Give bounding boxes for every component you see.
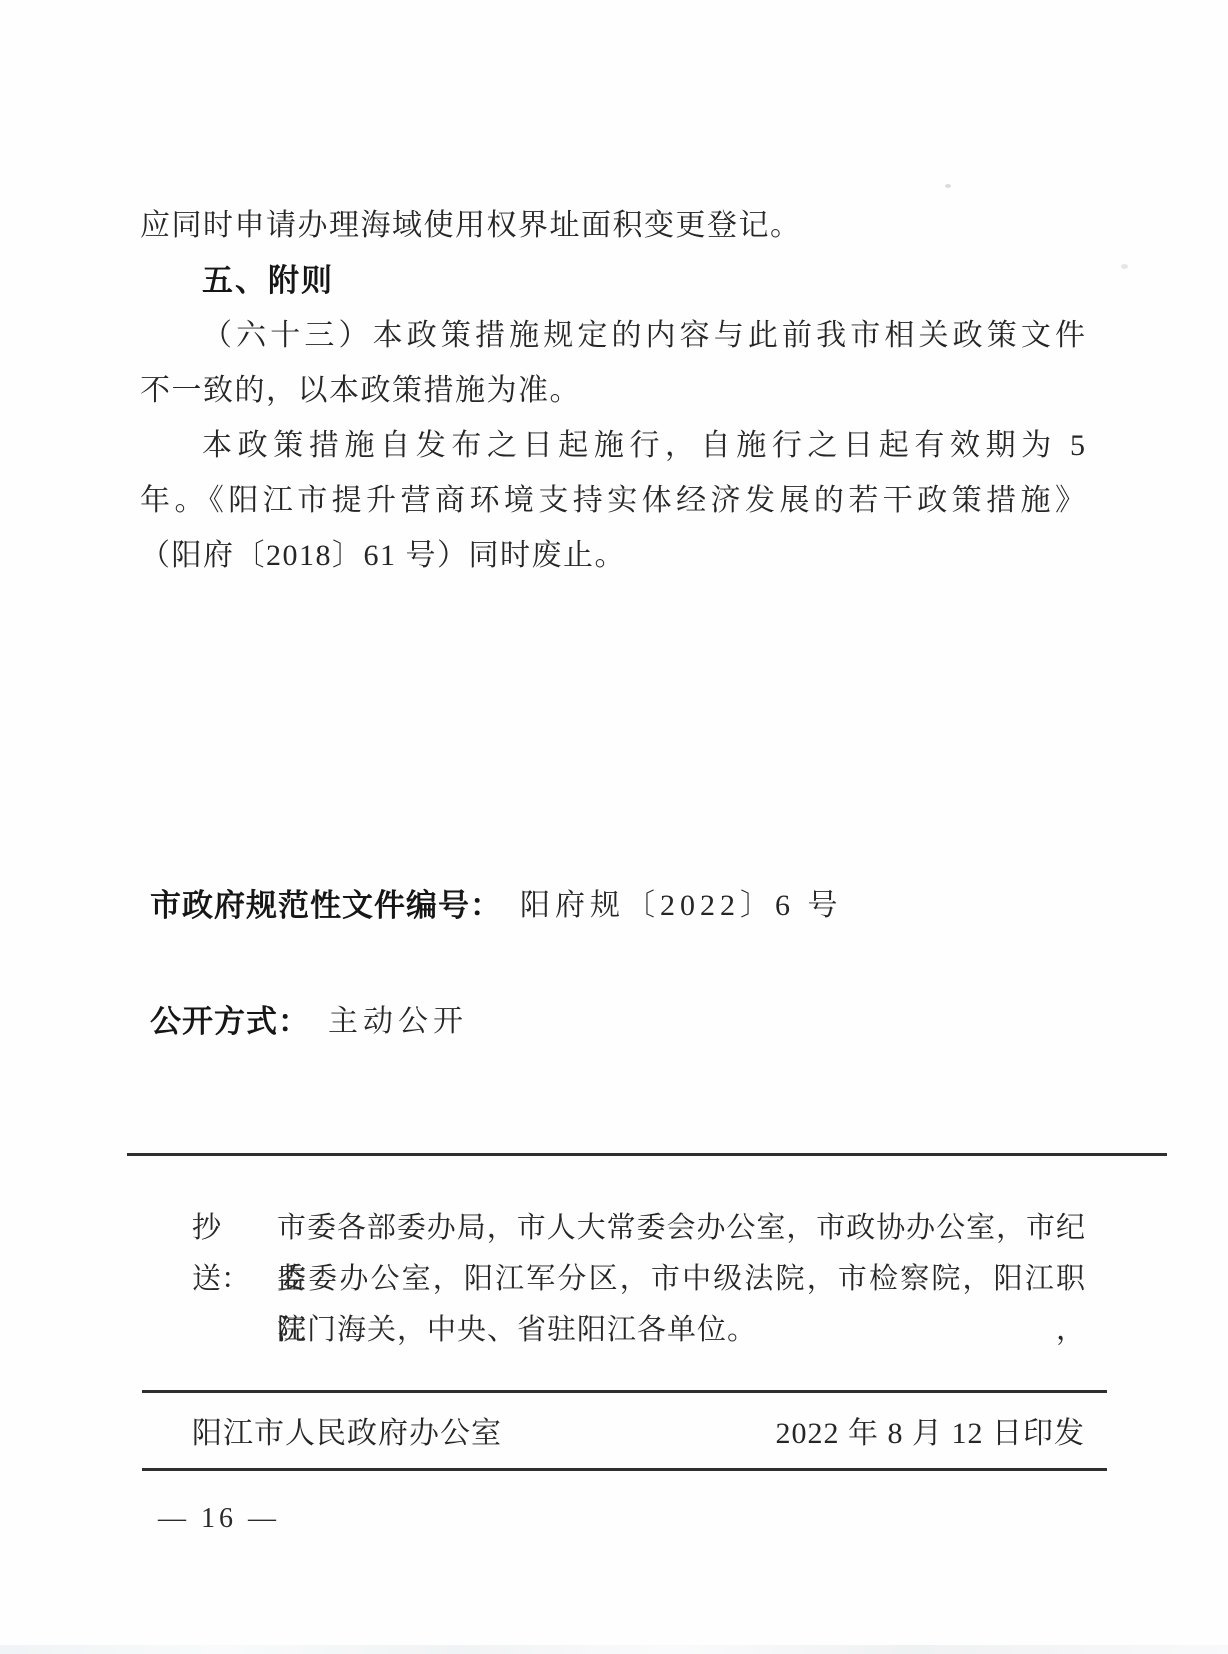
doc-number-line: 市政府规范性文件编号：阳府规〔2022〕6 号 [150, 884, 843, 928]
body-line: （阳府〔2018〕61 号）同时废止。 [140, 528, 1085, 583]
footer-issuer: 阳江市人民政府办公室 [192, 1412, 502, 1456]
scan-edge-artifact [0, 1645, 1228, 1654]
footer-row: 阳江市人民政府办公室 2022 年 8 月 12 日印发 [192, 1412, 1085, 1456]
doc-number-label: 市政府规范性文件编号： [150, 888, 502, 923]
divider-above-footer [142, 1390, 1107, 1393]
document-page: 应同时申请办理海域使用权界址面积变更登记。 五、附则 （六十三）本政策措施规定的… [0, 0, 1228, 1654]
body-line: 五、附则 [140, 253, 1085, 308]
footer-print-date: 2022 年 8 月 12 日印发 [776, 1412, 1086, 1456]
body-text-block: 应同时申请办理海域使用权界址面积变更登记。 五、附则 （六十三）本政策措施规定的… [140, 198, 1085, 583]
cc-line: 监委办公室，阳江军分区，市中级法院，市检察院，阳江职院， [277, 1254, 1085, 1305]
body-line: （六十三）本政策措施规定的内容与此前我市相关政策文件 [140, 308, 1085, 363]
publicity-label: 公开方式： [150, 1004, 310, 1039]
publicity-value: 主动公开 [328, 1005, 468, 1038]
body-line: 年。《阳江市提升营商环境支持实体经济发展的若干政策措施》 [140, 473, 1085, 528]
scan-speck [1121, 264, 1128, 269]
cc-label: 抄送： [192, 1203, 277, 1356]
doc-number-value: 阳府规〔2022〕6 号 [520, 889, 843, 922]
body-line: 不一致的，以本政策措施为准。 [140, 363, 1085, 418]
body-line: 本政策措施自发布之日起施行，自施行之日起有效期为 5 [140, 418, 1085, 473]
scan-speck [945, 184, 951, 188]
publicity-line: 公开方式：主动公开 [150, 1000, 468, 1044]
cc-block: 抄送： 市委各部委办局，市人大常委会办公室，市政协办公室，市纪委 监委办公室，阳… [192, 1203, 1085, 1356]
divider-below-footer [142, 1468, 1107, 1471]
page-number: — 16 — [158, 1500, 280, 1538]
divider-above-cc [127, 1153, 1167, 1156]
body-line: 应同时申请办理海域使用权界址面积变更登记。 [140, 198, 1085, 253]
cc-lines: 市委各部委办局，市人大常委会办公室，市政协办公室，市纪委 监委办公室，阳江军分区… [277, 1203, 1085, 1356]
cc-line: 市委各部委办局，市人大常委会办公室，市政协办公室，市纪委 [277, 1203, 1085, 1254]
